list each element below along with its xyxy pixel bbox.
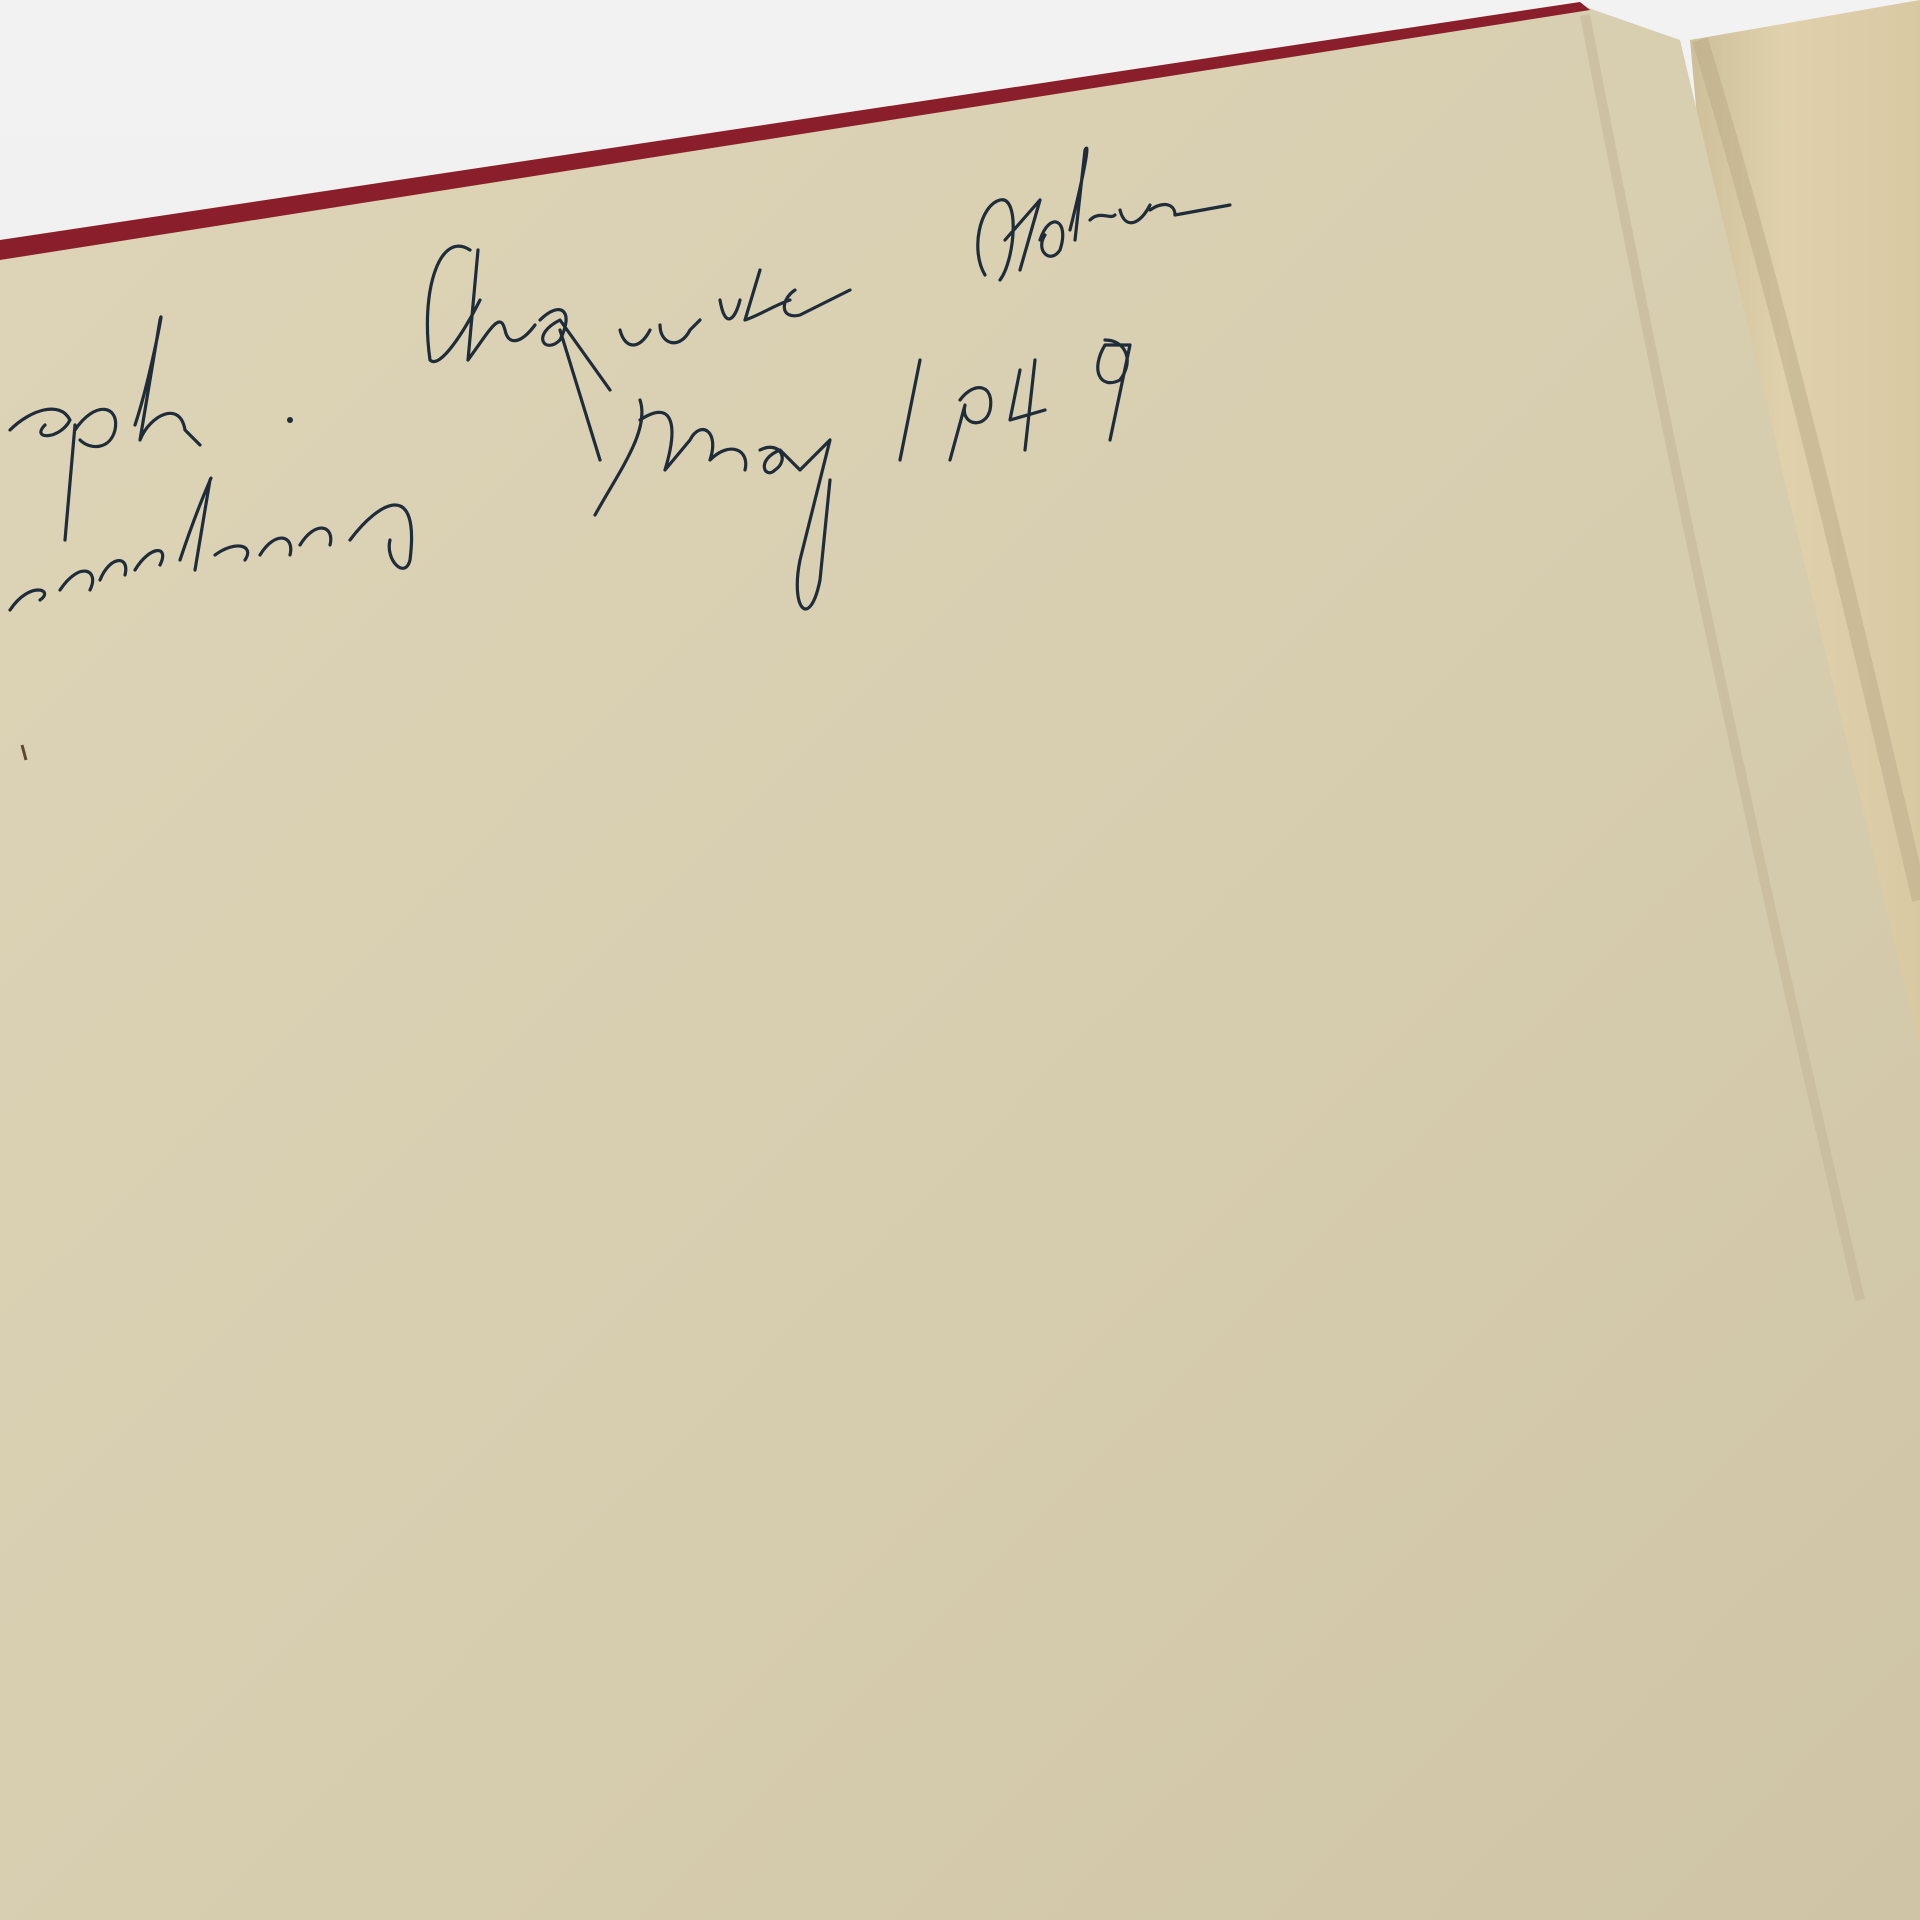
book-photo <box>0 0 1920 1920</box>
endpaper <box>0 5 1920 1920</box>
book-endpaper: eph. Augusta Molnar leveland May 1949 <box>0 0 1920 1920</box>
